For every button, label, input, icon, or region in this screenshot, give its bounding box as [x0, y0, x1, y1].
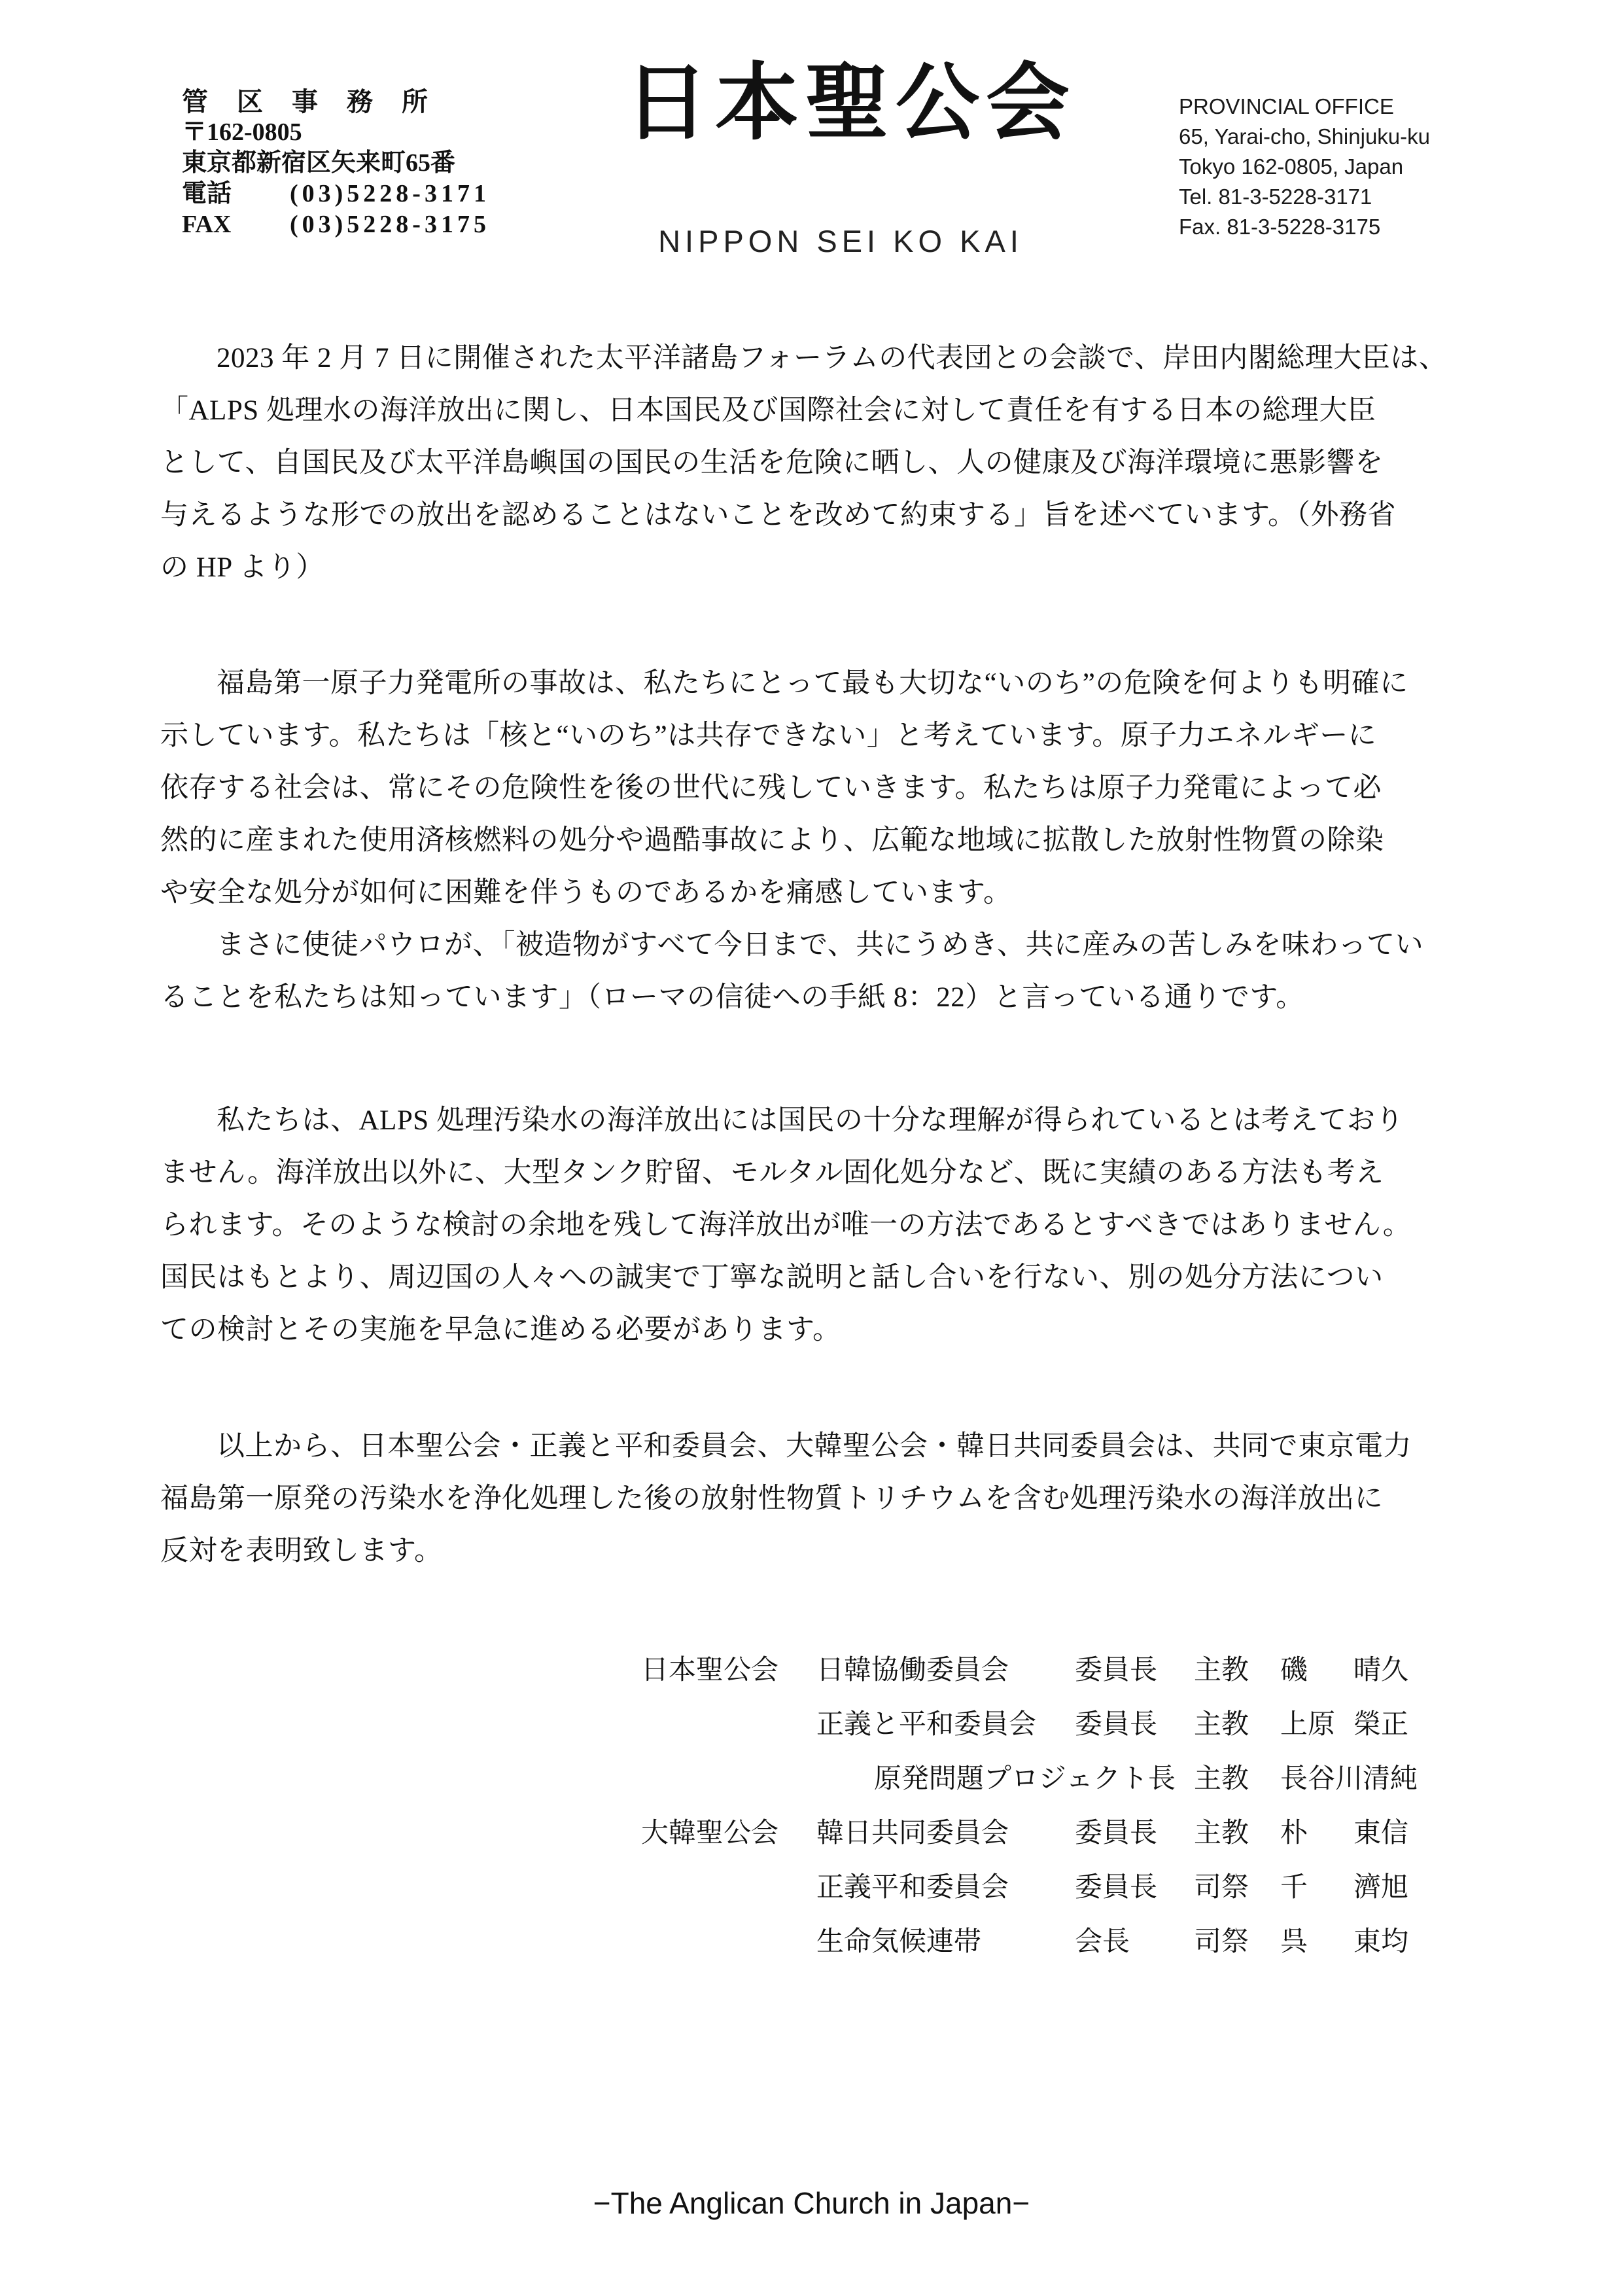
fax-number: (03)5228-3175	[290, 209, 490, 240]
body-line: 「ALPS 処理水の海洋放出に関し、日本国民及び国際社会に対して責任を有する日本…	[160, 385, 1469, 437]
fax-en: Fax. 81-3-5228-3175	[1179, 212, 1430, 242]
signatory-committee: 日韓協働委員会	[816, 1648, 1075, 1687]
signatory-organization: 大韓聖公会	[641, 1811, 816, 1850]
postal-code: 〒162-0805	[182, 117, 490, 148]
paragraph-4: 以上から、日本聖公会・正義と平和委員会、大韓聖公会・韓日共同委員会は、共同で東京…	[160, 1421, 1469, 1578]
signatory-rank: 司祭	[1194, 1920, 1280, 1959]
signatory-given-name: 濟旭	[1353, 1865, 1425, 1905]
office-address-en-line1: 65, Yarai-cho, Shinjuku-ku	[1179, 122, 1430, 152]
body-line: 反対を表明致します。	[160, 1525, 1469, 1578]
office-name-jp: 管 区 事 務 所	[182, 86, 490, 117]
office-name-en: PROVINCIAL OFFICE	[1179, 92, 1430, 122]
tel-label: 電話	[182, 179, 290, 209]
document-page: 管 区 事 務 所 〒162-0805 東京都新宿区矢来町65番 電話 (03)…	[0, 0, 1623, 2296]
signatory-committee: 正義平和委員会	[816, 1865, 1075, 1905]
signatory-surname: 呉	[1280, 1920, 1353, 1959]
tel-row: 電話 (03)5228-3171	[182, 179, 490, 209]
footer-church-name-en: −The Anglican Church in Japan−	[0, 2185, 1623, 2221]
signature-block: 日本聖公会 日韓協働委員会 委員長 主教 磯 晴久 正義と平和委員会 委員長 主…	[641, 1640, 1425, 1966]
paragraph-1: 2023 年 2 月 7 日に開催された太平洋諸島フォーラムの代表団との会談で、…	[160, 332, 1469, 594]
signatory-rank: 主教	[1194, 1757, 1280, 1796]
body-line: として、自国民及び太平洋島嶼国の国民の生活を危険に晒し、人の健康及び海洋環境に悪…	[160, 437, 1469, 489]
signature-row: 生命気候連帯 会長 司祭 呉 東均	[641, 1912, 1425, 1966]
body-line: られます。そのような検討の余地を残して海洋放出が唯一の方法であるとすべきではあり…	[160, 1199, 1469, 1252]
tel-en: Tel. 81-3-5228-3171	[1179, 182, 1430, 212]
signatory-given-name: 晴久	[1353, 1648, 1425, 1687]
provincial-office-jp-block: 管 区 事 務 所 〒162-0805 東京都新宿区矢来町65番 電話 (03)…	[182, 86, 490, 240]
body-line: 福島第一原子力発電所の事故は、私たちにとって最も大切な“いのち”の危険を何よりも…	[160, 658, 1469, 710]
signatory-given-name: 東均	[1353, 1920, 1425, 1959]
signature-row: 正義と平和委員会 委員長 主教 上原 榮正	[641, 1695, 1425, 1749]
signatory-surname: 千	[1280, 1865, 1353, 1905]
paragraph-2: 福島第一原子力発電所の事故は、私たちにとって最も大切な“いのち”の危険を何よりも…	[160, 658, 1469, 1024]
letter-body: 2023 年 2 月 7 日に開催された太平洋諸島フォーラムの代表団との会談で、…	[160, 332, 1469, 1578]
signatory-role: 委員長	[1075, 1648, 1194, 1687]
signatory-given-name: 東信	[1353, 1811, 1425, 1850]
signatory-role: 委員長	[1075, 1865, 1194, 1905]
body-line: 以上から、日本聖公会・正義と平和委員会、大韓聖公会・韓日共同委員会は、共同で東京…	[160, 1421, 1469, 1473]
provincial-office-en-block: PROVINCIAL OFFICE 65, Yarai-cho, Shinjuk…	[1179, 92, 1430, 242]
organization-title-ja: 日本聖公会	[625, 58, 1056, 150]
signatory-surname: 長谷川清純	[1280, 1757, 1425, 1796]
signatory-committee: 原発問題プロジェクト長	[816, 1757, 1194, 1796]
body-line: ません。海洋放出以外に、大型タンク貯留、モルタル固化処分など、既に実績のある方法…	[160, 1147, 1469, 1199]
body-line: 然的に産まれた使用済核燃料の処分や過酷事故により、広範な地域に拡散した放射性物質…	[160, 815, 1469, 867]
tel-number: (03)5228-3171	[290, 179, 490, 209]
body-line: まさに使徒パウロが、「被造物がすべて今日まで、共にうめき、共に産みの苦しみを味わ…	[160, 919, 1469, 972]
signature-row: 原発問題プロジェクト長 主教 長谷川清純	[641, 1749, 1425, 1803]
organization-title-en: NIPPON SEI KO KAI	[625, 223, 1056, 259]
organization-title-block: 日本聖公会 NIPPON SEI KO KAI	[625, 58, 1056, 259]
body-line: 2023 年 2 月 7 日に開催された太平洋諸島フォーラムの代表団との会談で、…	[160, 332, 1469, 385]
signatory-role: 委員長	[1075, 1703, 1194, 1742]
signatory-committee: 韓日共同委員会	[816, 1811, 1075, 1850]
body-line: 私たちは、ALPS 処理汚染水の海洋放出には国民の十分な理解が得られているとは考…	[160, 1095, 1469, 1147]
signatory-organization: 日本聖公会	[641, 1648, 816, 1687]
body-line: 示しています。私たちは「核と“いのち”は共存できない」と考えています。原子力エネ…	[160, 710, 1469, 762]
signatory-committee: 正義と平和委員会	[816, 1703, 1075, 1742]
body-line: 福島第一原発の汚染水を浄化処理した後の放射性物質トリチウムを含む処理汚染水の海洋…	[160, 1473, 1469, 1525]
signatory-rank: 司祭	[1194, 1865, 1280, 1905]
office-address-en-line2: Tokyo 162-0805, Japan	[1179, 152, 1430, 182]
signature-row: 正義平和委員会 委員長 司祭 千 濟旭	[641, 1858, 1425, 1912]
signatory-surname: 上原	[1280, 1703, 1353, 1742]
signatory-role: 会長	[1075, 1920, 1194, 1959]
paragraph-3: 私たちは、ALPS 処理汚染水の海洋放出には国民の十分な理解が得られているとは考…	[160, 1095, 1469, 1356]
signatory-rank: 主教	[1194, 1811, 1280, 1850]
signatory-rank: 主教	[1194, 1648, 1280, 1687]
signatory-surname: 磯	[1280, 1648, 1353, 1687]
fax-row: FAX (03)5228-3175	[182, 209, 490, 240]
signatory-rank: 主教	[1194, 1703, 1280, 1742]
body-line: 与えるような形での放出を認めることはないことを改めて約束する」旨を述べています。…	[160, 489, 1469, 542]
body-line: ての検討とその実施を早急に進める必要があります。	[160, 1304, 1469, 1356]
signatory-role: 委員長	[1075, 1811, 1194, 1850]
signatory-surname: 朴	[1280, 1811, 1353, 1850]
body-line: の HP より）	[160, 542, 1469, 594]
signature-row: 日本聖公会 日韓協働委員会 委員長 主教 磯 晴久	[641, 1640, 1425, 1695]
office-address-jp: 東京都新宿区矢来町65番	[182, 148, 490, 179]
body-line: 依存する社会は、常にその危険性を後の世代に残していきます。私たちは原子力発電によ…	[160, 762, 1469, 815]
body-line: や安全な処分が如何に困難を伴うものであるかを痛感しています。	[160, 867, 1469, 919]
signatory-given-name: 榮正	[1353, 1703, 1425, 1742]
signature-row: 大韓聖公会 韓日共同委員会 委員長 主教 朴 東信	[641, 1803, 1425, 1858]
fax-label: FAX	[182, 209, 290, 240]
body-line: 国民はもとより、周辺国の人々への誠実で丁寧な説明と話し合いを行ない、別の処分方法…	[160, 1252, 1469, 1304]
signatory-committee: 生命気候連帯	[816, 1920, 1075, 1959]
body-line: ることを私たちは知っています」（ローマの信徒への手紙 8：22）と言っている通り…	[160, 972, 1469, 1024]
